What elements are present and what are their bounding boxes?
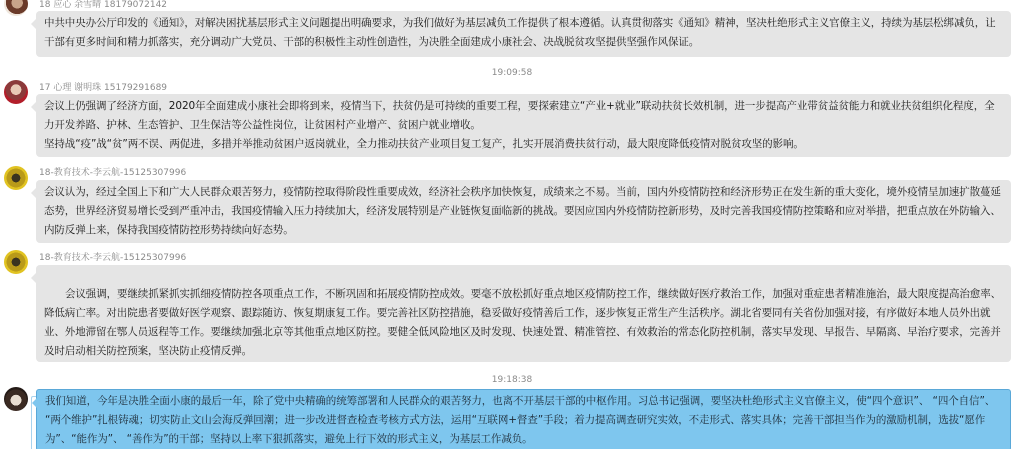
message-bubble-selected[interactable]: 我们知道，今年是决胜全面小康的最后一年，除了党中央精确的统筹部署和人民群众的艰苦… (36, 389, 1011, 449)
avatar[interactable] (4, 250, 28, 274)
message-bubble[interactable]: 会议上仍强调了经济方面，2020年全面建成小康社会即将到来，疫情当下，扶贫仍是可… (36, 94, 1011, 157)
message-text: 中共中央办公厅印发的《通知》，对解决困扰基层形式主义问题提出明确要求，为我们做好… (44, 14, 1003, 52)
avatar[interactable] (4, 0, 28, 16)
chat-message-list[interactable]: 18 应心 余雪晴 18179072142 中共中央办公厅印发的《通知》，对解决… (0, 0, 1024, 449)
sender-name: 18-教育技术-李云航-15125307996 (39, 167, 186, 179)
message-text: 我们知道，今年是决胜全面小康的最后一年，除了党中央精确的统筹部署和人民群众的艰苦… (45, 392, 1002, 449)
sender-name: 18 应心 余雪晴 18179072142 (39, 0, 167, 11)
sender-name: 17 心理 谢明珠 15179291689 (39, 82, 167, 94)
message-bubble[interactable]: 会议强调，要继续抓紧抓实抓细疫情防控各项重点工作，不断巩固和拓展疫情防控成效。要… (36, 265, 1011, 362)
message-text: 会议认为，经过全国上下和广大人民群众艰苦努力，疫情防控取得阶段性重要成效，经济社… (44, 183, 1003, 240)
message-bubble[interactable]: 会议认为，经过全国上下和广大人民群众艰苦努力，疫情防控取得阶段性重要成效，经济社… (36, 180, 1011, 243)
sender-name: 18-教育技术-李云航-15125307996 (39, 252, 186, 264)
timestamp: 19:18:38 (0, 374, 1024, 386)
message-text: 坚持战“疫”战“贫”两不误、两促进，多措并举推动贫困户返岗就业，全力推动扶贫产业… (44, 135, 1003, 154)
message-text: 会议上仍强调了经济方面，2020年全面建成小康社会即将到来，疫情当下，扶贫仍是可… (44, 97, 1003, 135)
avatar[interactable] (4, 387, 28, 411)
avatar[interactable] (4, 166, 28, 190)
message-text: 会议强调，要继续抓紧抓实抓细疫情防控各项重点工作，不断巩固和拓展疫情防控成效。要… (44, 285, 1003, 361)
avatar[interactable] (4, 80, 28, 104)
timestamp: 19:09:58 (0, 67, 1024, 79)
message-bubble[interactable]: 中共中央办公厅印发的《通知》，对解决困扰基层形式主义问题提出明确要求，为我们做好… (36, 11, 1011, 57)
